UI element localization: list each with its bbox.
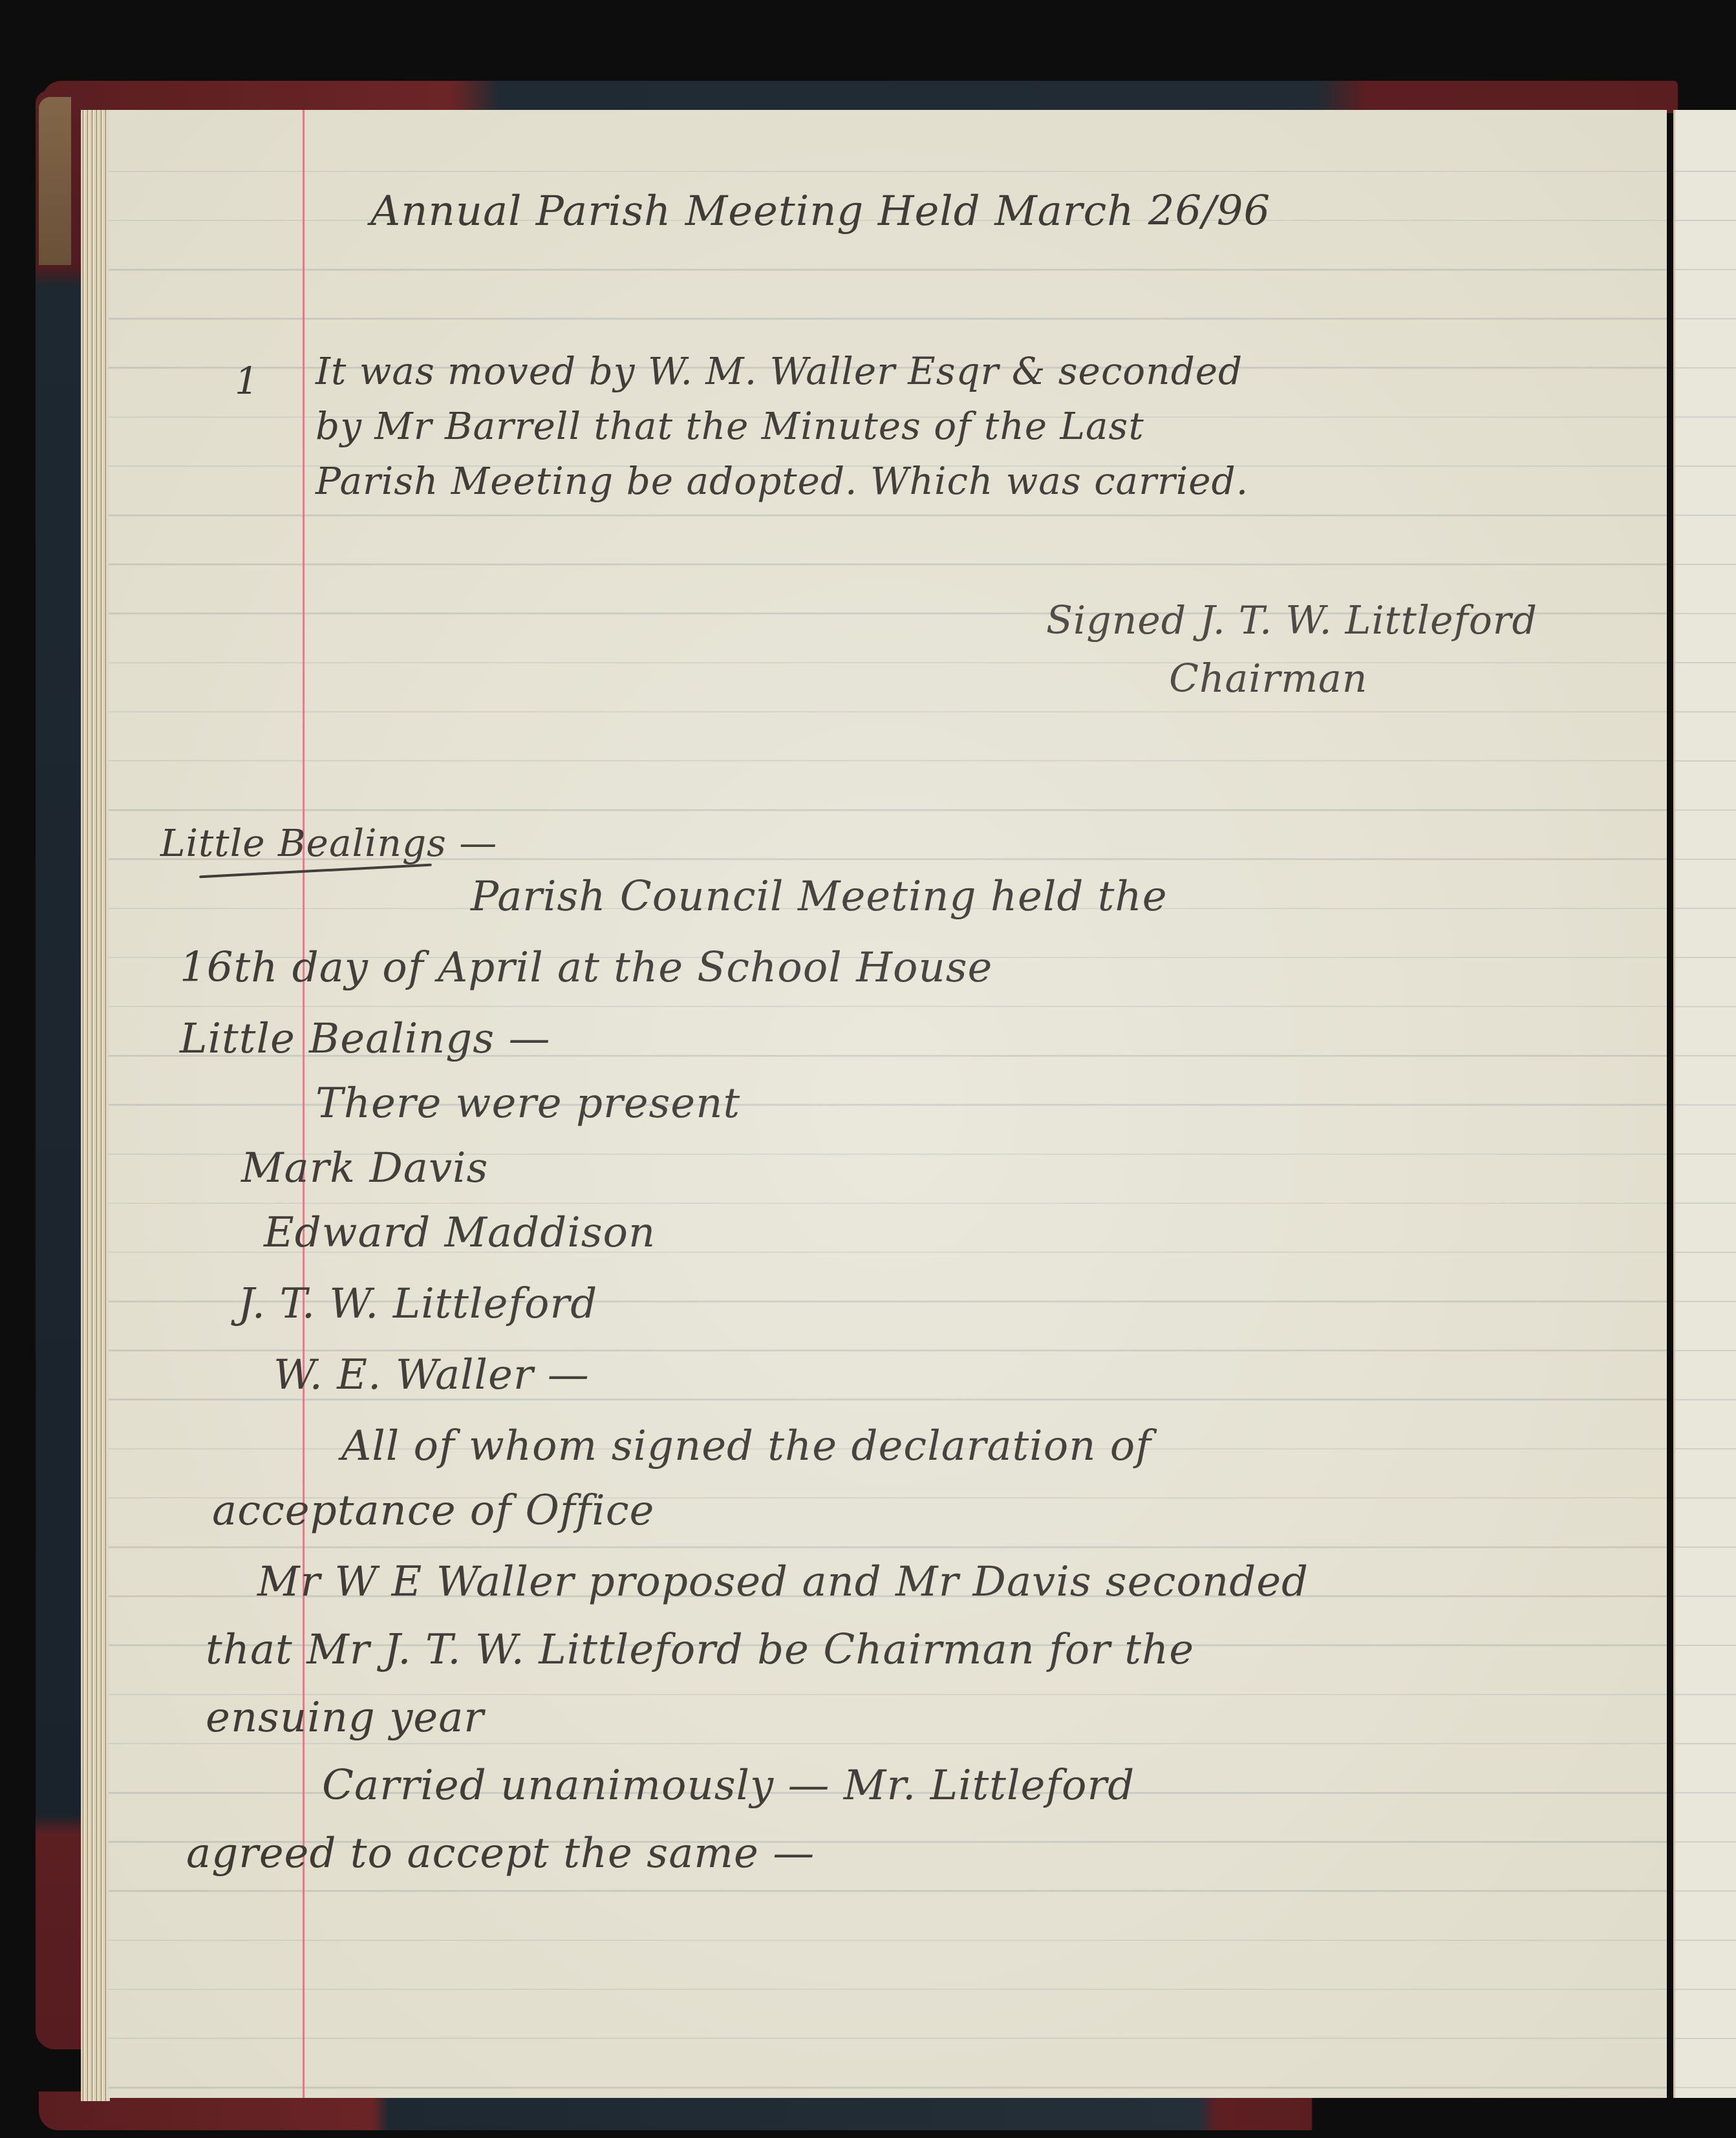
ledger-page: Annual Parish Meeting Held March 26/96 1… (109, 110, 1667, 2098)
resolution-line-2: acceptance of Office (212, 1487, 654, 1535)
heading-flourish (199, 864, 432, 879)
attendee: Edward Maddison (264, 1209, 656, 1257)
resolution-line-7: agreed to accept the same — (186, 1830, 815, 1877)
book-cover-top-edge (42, 81, 1678, 113)
signature-title: Chairman (1169, 656, 1368, 701)
signature-line: Signed J. T. W. Littleford (1046, 598, 1538, 643)
item-number: 1 (235, 359, 259, 403)
resolution-line-6: Carried unanimously — Mr. Littleford (322, 1762, 1135, 1810)
present-label: There were present (316, 1080, 740, 1128)
resolution-line-1: All of whom signed the declaration of (341, 1422, 1152, 1470)
council-line-3: Little Bealings — (180, 1015, 550, 1063)
worn-corner (39, 97, 71, 265)
meeting-heading: Annual Parish Meeting Held March 26/96 (370, 187, 1270, 235)
attendee: Mark Davis (241, 1144, 488, 1192)
council-line-2: 16th day of April at the School House (180, 944, 992, 992)
red-margin-rule (303, 110, 305, 2098)
minute-line-1: It was moved by W. M. Waller Esqr & seco… (316, 349, 1243, 393)
minute-line-2: by Mr Barrell that the Minutes of the La… (316, 404, 1144, 448)
book-spine-left (36, 91, 87, 2049)
margin-heading-location: Little Bealings — (160, 821, 497, 865)
resolution-line-3: Mr W E Waller proposed and Mr Davis seco… (257, 1558, 1309, 1606)
attendee: J. T. W. Littleford (238, 1280, 597, 1328)
page-stack-edges (81, 110, 110, 2101)
resolution-line-4: that Mr J. T. W. Littleford be Chairman … (206, 1626, 1194, 1674)
attendee: W. E. Waller — (273, 1351, 590, 1399)
minute-line-3: Parish Meeting be adopted. Which was car… (316, 459, 1248, 503)
facing-page-edge (1673, 110, 1736, 2098)
resolution-line-5: ensuing year (206, 1694, 484, 1742)
council-line-1: Parish Council Meeting held the (471, 873, 1168, 921)
